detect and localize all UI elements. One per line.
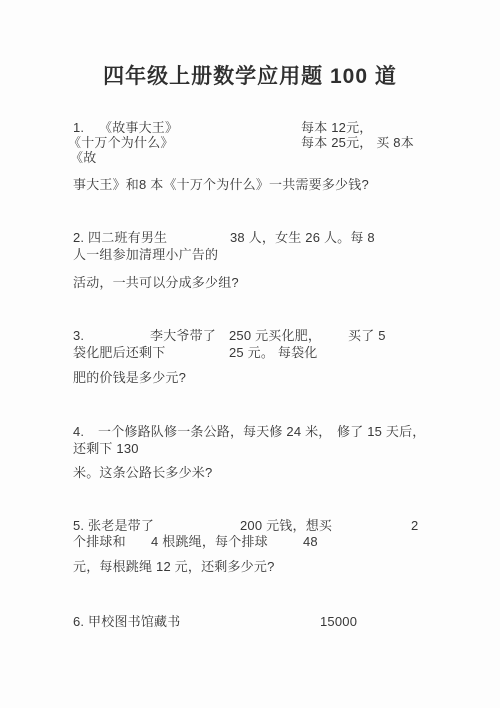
problem-1-line-2-seg-1: 《十万个为什么》: [68, 136, 174, 150]
problem-4-line-3-seg-1: 米。这条公路长多少米?: [73, 466, 212, 480]
problem-5-line-2-seg-1: 个排球和: [73, 535, 126, 549]
problem-6-line-1-seg-1: 6. 甲校图书馆藏书: [73, 615, 180, 629]
problem-2-line-1-seg-2: 38 人，女生 26 人。每 8: [230, 231, 375, 245]
problem-5-line-3-seg-1: 元，每根跳绳 12 元，还剩多少元?: [73, 560, 275, 574]
problem-3-line-3-seg-1: 肥的价钱是多少元?: [73, 371, 186, 385]
problem-1-line-1-seg-2: 《故事大王》: [99, 121, 178, 135]
page-title: 四年级上册数学应用题 100 道: [0, 60, 500, 90]
problem-1-number: 1.: [73, 121, 84, 135]
problem-3-line-1-seg-4: 买了 5: [348, 329, 386, 343]
problem-2-line-1-seg-1: 2. 四二班有男生: [73, 231, 167, 245]
problem-4-line-2-seg-1: 还剩下 130: [73, 442, 139, 456]
problem-3-number: 3.: [73, 329, 84, 343]
problem-1-line-4-seg-1: 事大王》和8 本《十万个为什么》一共需要多少钱?: [73, 178, 369, 192]
problem-2-line-2-seg-1: 人一组参加清理小广告的: [73, 248, 218, 262]
problem-5-line-1-seg-1: 5. 张老是带了: [73, 519, 154, 533]
problem-2-line-3-seg-1: 活动，一共可以分成多少组?: [73, 276, 239, 290]
problem-4-line-1-seg-3: 每天修 24 米，: [243, 425, 331, 439]
problem-5-line-1-seg-2: 200 元钱，想买: [240, 519, 332, 533]
problem-5-line-2-seg-3: 48: [303, 535, 318, 549]
problem-4-line-1-seg-4: 修了 15 天后，: [337, 425, 425, 439]
problem-1-line-3-seg-1: 《故: [70, 151, 96, 165]
problem-6-line-1-seg-2: 15000: [320, 615, 357, 629]
problem-1-line-1-seg-3: 每本 12元，: [301, 121, 372, 135]
problem-4-line-1-seg-2: 一个修路队修一条公路，: [98, 425, 243, 439]
problem-5-line-1-seg-3: 2: [411, 519, 418, 533]
problem-5-line-2-seg-2: 4 根跳绳，每个排球: [151, 535, 268, 549]
problem-4-number: 4.: [73, 425, 84, 439]
problem-1-line-2-seg-2: 每本 25元， 买 8本: [301, 136, 414, 150]
document-page: 四年级上册数学应用题 100 道 1. 《故事大王》 每本 12元， 《十万个为…: [0, 0, 500, 708]
problem-3-line-1-seg-2: 李大爷带了: [150, 329, 216, 343]
problem-3-line-1-seg-3: 250 元买化肥，: [229, 329, 321, 343]
problem-3-line-2-seg-1: 袋化肥后还剩下: [73, 346, 165, 360]
problem-3-line-2-seg-2: 25 元。 每袋化: [229, 346, 317, 360]
